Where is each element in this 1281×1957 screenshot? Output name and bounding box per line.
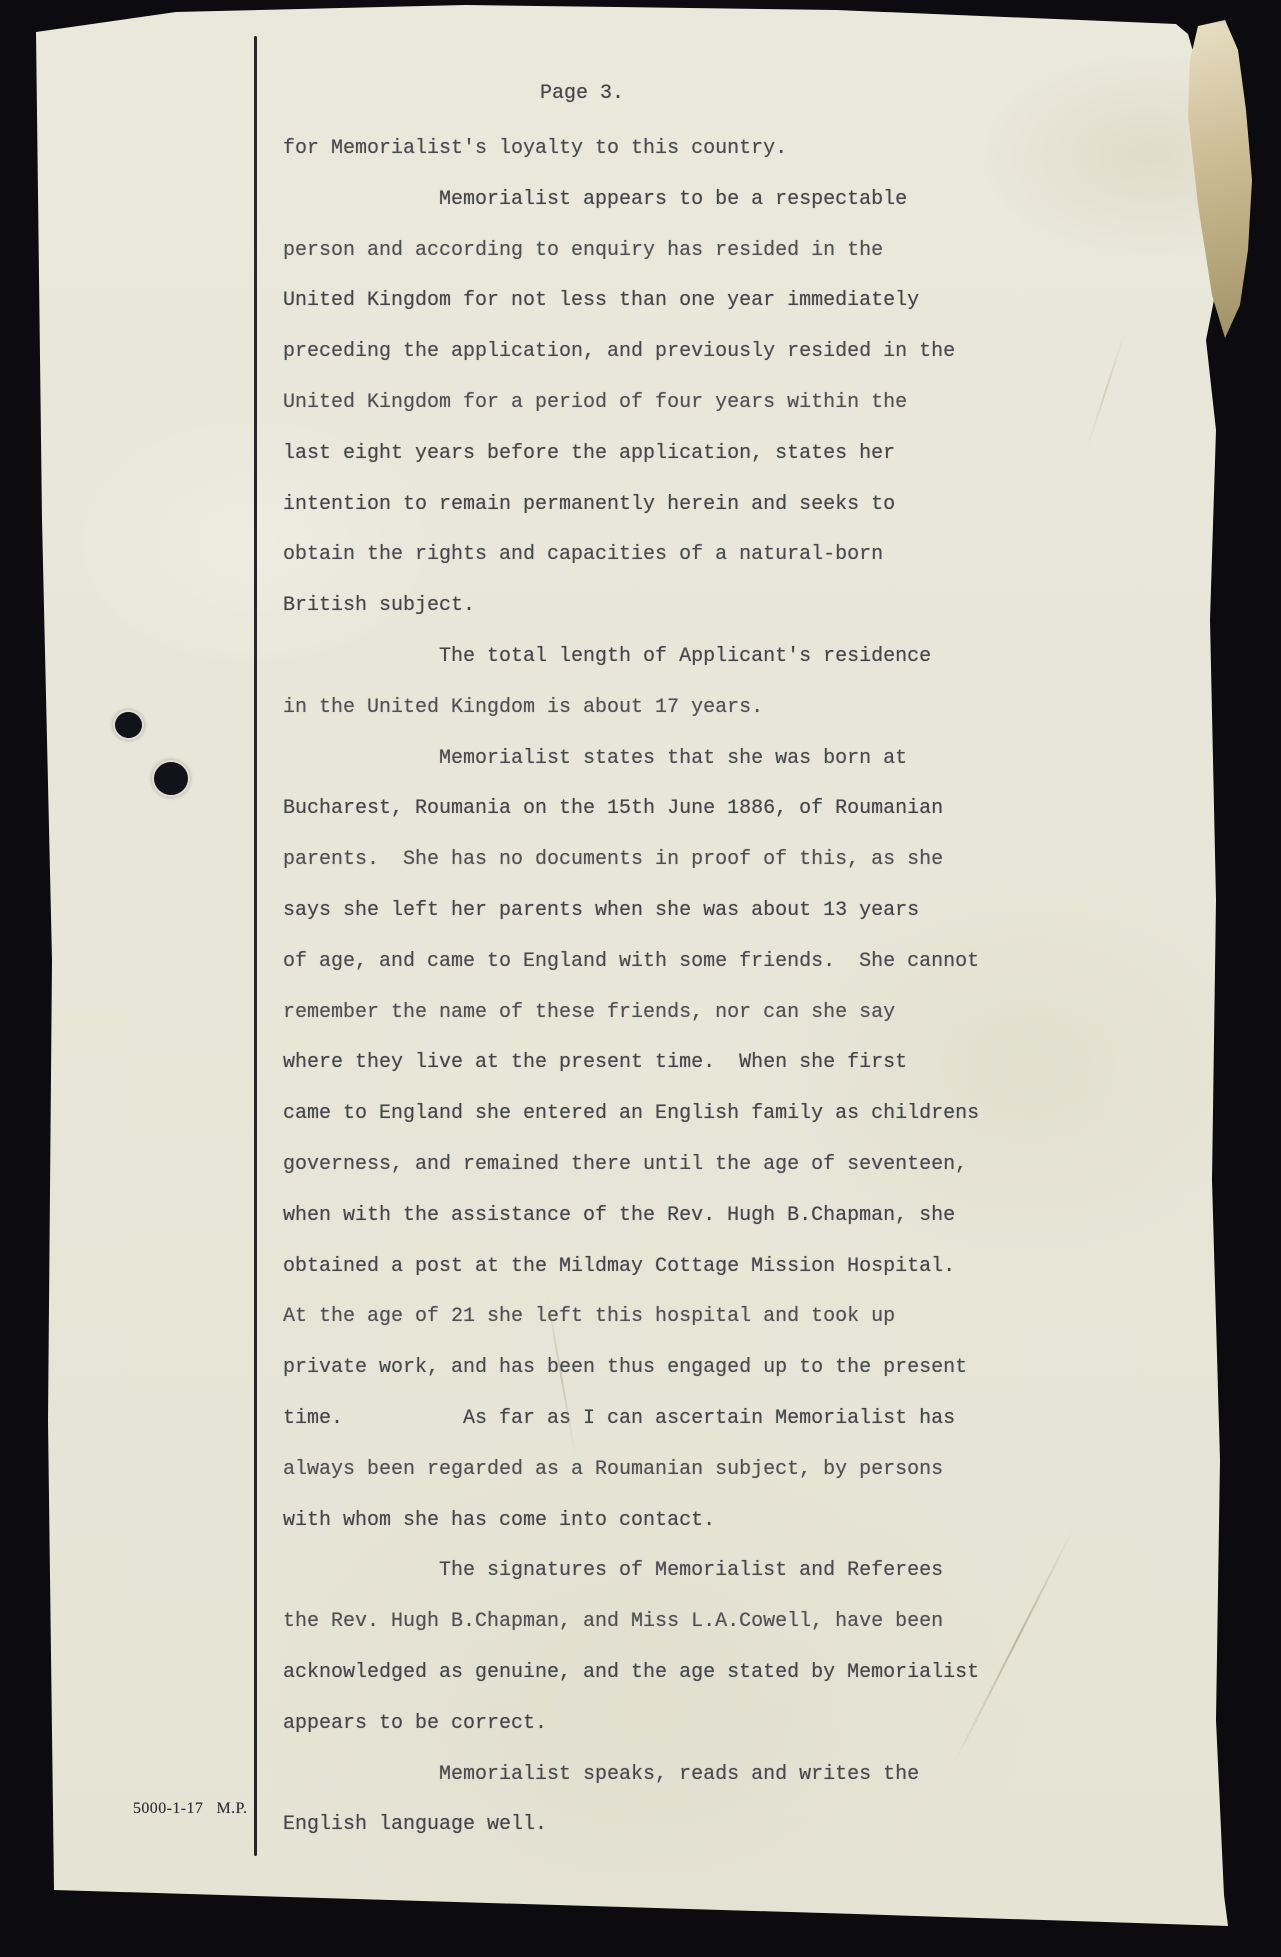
typed-line: in the United Kingdom is about 17 years. (283, 683, 979, 734)
typed-line: appears to be correct. (283, 1699, 979, 1750)
typed-line: acknowledged as genuine, and the age sta… (283, 1648, 979, 1699)
typed-line: Memorialist states that she was born at (283, 734, 979, 785)
typed-line: English language well. (283, 1800, 979, 1851)
typed-line: obtained a post at the Mildmay Cottage M… (283, 1242, 979, 1293)
typed-line: private work, and has been thus engaged … (283, 1343, 979, 1394)
typed-line: with whom she has come into contact. (283, 1496, 979, 1547)
form-reference-note: 5000-1-17 M.P. (133, 1800, 247, 1818)
typed-line: person and according to enquiry has resi… (283, 226, 979, 277)
typed-line: parents. She has no documents in proof o… (283, 835, 979, 886)
typed-line: obtain the rights and capacities of a na… (283, 530, 979, 581)
typed-line: of age, and came to England with some fr… (283, 937, 979, 988)
typed-line: At the age of 21 she left this hospital … (283, 1292, 979, 1343)
scan-background: Page 3. for Memorialist's loyalty to thi… (0, 0, 1281, 1957)
typed-line: time. As far as I can ascertain Memorial… (283, 1394, 979, 1445)
typed-line: The signatures of Memorialist and Refere… (283, 1546, 979, 1597)
typed-line: says she left her parents when she was a… (283, 886, 979, 937)
typed-body-text: for Memorialist's loyalty to this countr… (283, 124, 979, 1851)
typed-line: for Memorialist's loyalty to this countr… (283, 124, 979, 175)
typed-line: Memorialist appears to be a respectable (283, 175, 979, 226)
typed-line: preceding the application, and previousl… (283, 327, 979, 378)
typed-line: The total length of Applicant's residenc… (283, 632, 979, 683)
typed-line: came to England she entered an English f… (283, 1089, 979, 1140)
typed-line: where they live at the present time. Whe… (283, 1038, 979, 1089)
typed-line: last eight years before the application,… (283, 429, 979, 480)
typed-line: intention to remain permanently herein a… (283, 480, 979, 531)
typed-line: British subject. (283, 581, 979, 632)
typed-line: always been regarded as a Roumanian subj… (283, 1445, 979, 1496)
page-number: Page 3. (540, 82, 624, 105)
margin-rule-line (254, 36, 257, 1856)
typed-line: United Kingdom for not less than one yea… (283, 276, 979, 327)
typed-line: the Rev. Hugh B.Chapman, and Miss L.A.Co… (283, 1597, 979, 1648)
typed-line: governess, and remained there until the … (283, 1140, 979, 1191)
typed-line: Bucharest, Roumania on the 15th June 188… (283, 784, 979, 835)
typed-line: Memorialist speaks, reads and writes the (283, 1750, 979, 1801)
typed-line: when with the assistance of the Rev. Hug… (283, 1191, 979, 1242)
typed-line: United Kingdom for a period of four year… (283, 378, 979, 429)
punch-hole-bottom (154, 762, 188, 795)
typed-line: remember the name of these friends, nor … (283, 988, 979, 1039)
